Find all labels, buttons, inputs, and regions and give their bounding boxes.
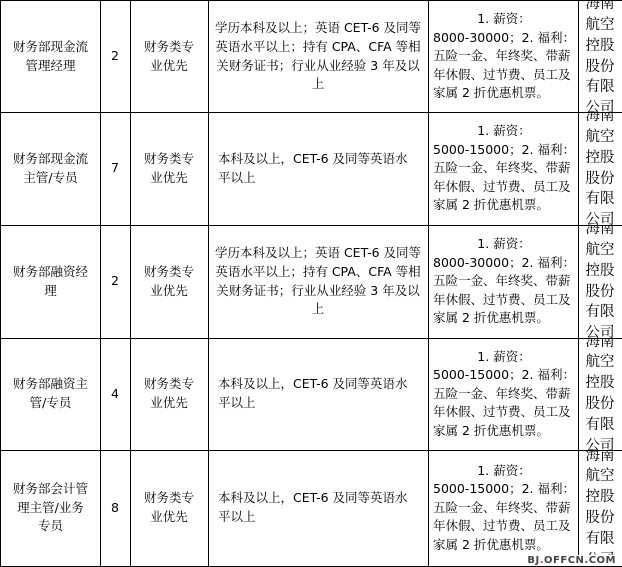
- employer-text: 海南航空控股股份有限公司: [578, 338, 622, 451]
- headcount-text: 2: [111, 272, 119, 291]
- requirements-text: 本科及以上，CET-6 及同等英语水平以上: [208, 375, 428, 412]
- major-text: 财务类专业优先: [130, 263, 208, 300]
- major-cell: 财务类专业优先: [130, 112, 209, 226]
- headcount-cell: 8: [100, 450, 131, 567]
- benefits-cell: 1. 薪资：8000-30000；2. 福利：五险一金、年终奖、带薪年休假、过节…: [428, 225, 579, 339]
- employer-text: 海南航空控股股份有限公司: [578, 112, 622, 226]
- position-text: 财务部现金流主管/专员: [1, 150, 100, 187]
- requirements-cell: 本科及以上，CET-6 及同等英语水平以上: [208, 338, 429, 451]
- requirements-text: 本科及以上，CET-6 及同等英语水平以上: [208, 150, 428, 187]
- requirements-cell: 学历本科及以上；英语 CET-6 及同等英语水平以上；持有 CPA、CFA 等相…: [208, 0, 429, 113]
- position-text: 财务部现金流管理经理: [1, 38, 100, 75]
- major-text: 财务类专业优先: [130, 150, 208, 187]
- major-cell: 财务类专业优先: [130, 338, 209, 451]
- headcount-cell: 2: [100, 225, 131, 339]
- major-text: 财务类专业优先: [130, 375, 208, 412]
- watermark-prefix: BJ: [527, 555, 539, 566]
- salary-label: 1. 薪资：: [433, 348, 575, 367]
- position-cell: 财务部会计管理主管/业务专员: [0, 450, 101, 567]
- position-text: 财务部会计管理主管/业务专员: [1, 480, 100, 536]
- employer-cell: 海南航空控股股份有限公司: [578, 450, 622, 567]
- employer-cell: 海南航空控股股份有限公司: [578, 0, 622, 113]
- benefits-text: 8000-30000；2. 福利：五险一金、年终奖、带薪年休假、过节费、员工及家…: [433, 30, 575, 101]
- headcount-cell: 7: [100, 112, 131, 226]
- major-cell: 财务类专业优先: [130, 0, 209, 113]
- salary-label: 1. 薪资：: [433, 235, 575, 254]
- position-cell: 财务部现金流主管/专员: [0, 112, 101, 226]
- position-text: 财务部融资经理: [1, 263, 100, 300]
- headcount-text: 8: [111, 499, 119, 518]
- major-cell: 财务类专业优先: [130, 450, 209, 567]
- headcount-text: 2: [111, 47, 119, 66]
- position-cell: 财务部融资主管/专员: [0, 338, 101, 451]
- benefits-cell: 1. 薪资：5000-15000；2. 福利：五险一金、年终奖、带薪年休假、过节…: [428, 338, 579, 451]
- watermark-suffix: OFFCN.COM: [544, 555, 616, 566]
- salary-label: 1. 薪资：: [433, 462, 575, 481]
- employer-text: 海南航空控股股份有限公司: [578, 0, 622, 113]
- headcount-text: 4: [111, 385, 119, 404]
- headcount-cell: 2: [100, 0, 131, 113]
- requirements-text: 学历本科及以上；英语 CET-6 及同等英语水平以上；持有 CPA、CFA 等相…: [208, 19, 428, 93]
- benefits-text: 5000-15000；2. 福利：五险一金、年终奖、带薪年休假、过节费、员工及家…: [433, 142, 575, 213]
- salary-label: 1. 薪资：: [433, 10, 575, 29]
- position-cell: 财务部现金流管理经理: [0, 0, 101, 113]
- employer-cell: 海南航空控股股份有限公司: [578, 112, 622, 226]
- benefits-text: 8000-30000；2. 福利：五险一金、年终奖、带薪年休假、过节费、员工及家…: [433, 255, 575, 326]
- requirements-cell: 本科及以上，CET-6 及同等英语水平以上: [208, 112, 429, 226]
- employer-cell: 海南航空控股股份有限公司: [578, 338, 622, 451]
- major-text: 财务类专业优先: [130, 489, 208, 526]
- employer-text: 海南航空控股股份有限公司: [578, 450, 622, 567]
- major-text: 财务类专业优先: [130, 38, 208, 75]
- benefits-cell: 1. 薪资：8000-30000；2. 福利：五险一金、年终奖、带薪年休假、过节…: [428, 0, 579, 113]
- major-cell: 财务类专业优先: [130, 225, 209, 339]
- headcount-cell: 4: [100, 338, 131, 451]
- benefits-text: 5000-15000；2. 福利：五险一金、年终奖、带薪年休假、过节费、员工及家…: [433, 367, 575, 438]
- requirements-text: 本科及以上，CET-6 及同等英语水平以上: [208, 489, 428, 526]
- employer-text: 海南航空控股股份有限公司: [578, 225, 622, 339]
- headcount-text: 7: [111, 159, 119, 178]
- requirements-text: 学历本科及以上；英语 CET-6 及同等英语水平以上；持有 CPA、CFA 等相…: [208, 244, 428, 318]
- site-watermark: BJ.OFFCN.COM: [525, 555, 618, 566]
- employer-cell: 海南航空控股股份有限公司: [578, 225, 622, 339]
- position-cell: 财务部融资经理: [0, 225, 101, 339]
- position-text: 财务部融资主管/专员: [1, 375, 100, 412]
- benefits-cell: 1. 薪资：5000-15000；2. 福利：五险一金、年终奖、带薪年休假、过节…: [428, 450, 579, 567]
- requirements-cell: 本科及以上，CET-6 及同等英语水平以上: [208, 450, 429, 567]
- job-grid: 财务部现金流管理经理2财务类专业优先学历本科及以上；英语 CET-6 及同等英语…: [0, 0, 622, 567]
- requirements-cell: 学历本科及以上；英语 CET-6 及同等英语水平以上；持有 CPA、CFA 等相…: [208, 225, 429, 339]
- benefits-text: 5000-15000；2. 福利：五险一金、年终奖、带薪年休假、过节费、员工及家…: [433, 481, 575, 552]
- benefits-cell: 1. 薪资：5000-15000；2. 福利：五险一金、年终奖、带薪年休假、过节…: [428, 112, 579, 226]
- salary-label: 1. 薪资：: [433, 122, 575, 141]
